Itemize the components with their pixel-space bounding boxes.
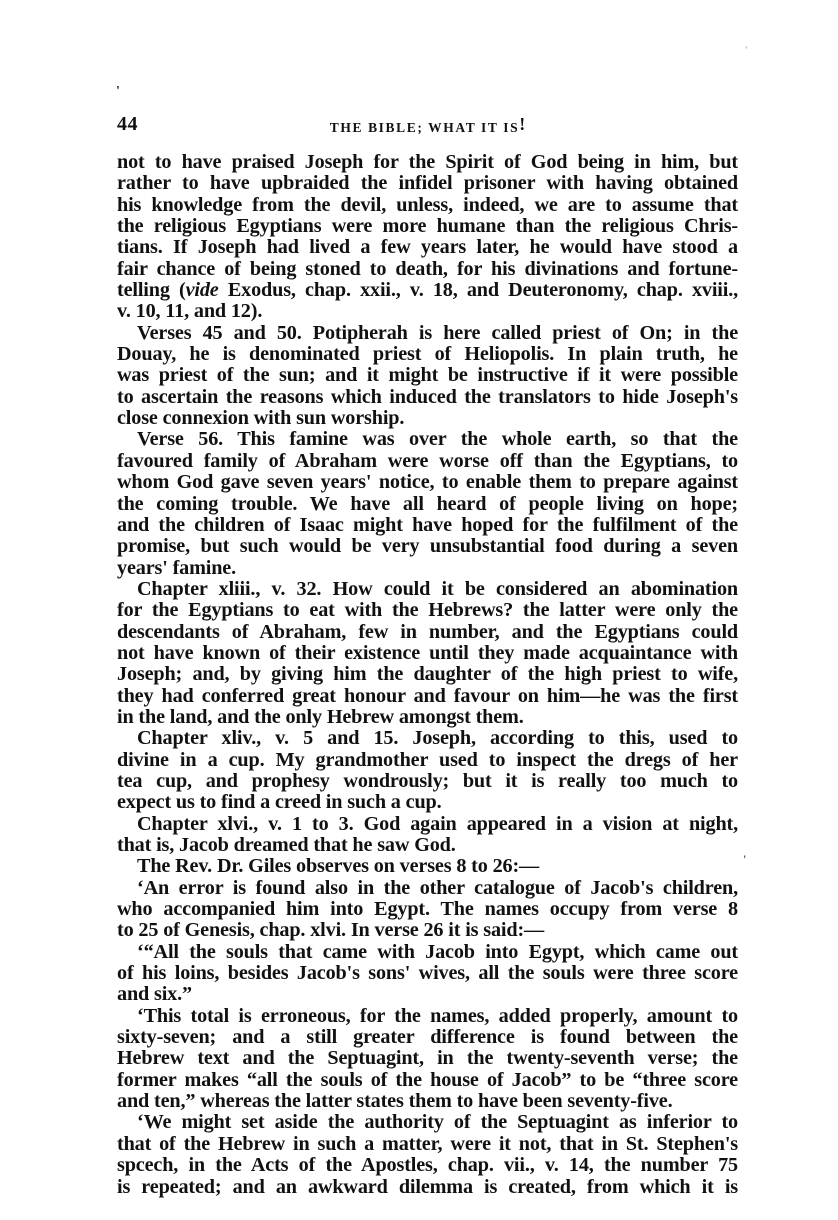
scan-mark-margin: ' (743, 852, 746, 867)
scan-mark-top-right: ' (745, 45, 748, 55)
text-line: descendants of Abraham, few in number, a… (117, 622, 738, 643)
text-segment: Exodus, chap. xxii., v. 18, and Deuteron… (219, 279, 738, 301)
text-line: to ascertain the reasons which induced t… (117, 387, 738, 408)
paragraph-start: Chapter xliv., v. 5 and 15. Joseph, acco… (117, 728, 738, 749)
text-line: that of the Hebrew in such a matter, wer… (117, 1134, 738, 1155)
text-line: is repeated; and an awkward dilemma is c… (117, 1177, 738, 1198)
text-line: v. 10, 11, and 12). (117, 301, 738, 322)
text-line: and six.” (117, 984, 738, 1005)
text-line: not to have praised Joseph for the Spiri… (117, 152, 738, 173)
text-line: expect us to find a creed in such a cup. (117, 792, 738, 813)
paragraph-start: Chapter xliii., v. 32. How could it be c… (117, 579, 738, 600)
text-line: was priest of the sun; and it might be i… (117, 365, 738, 386)
text-line: of his loins, besides Jacob's sons' wive… (117, 963, 738, 984)
quote-paragraph-start: ‘An error is found also in the other cat… (117, 878, 738, 899)
text-line: in the land, and the only Hebrew amongst… (117, 707, 738, 728)
running-title-exclamation: ! (519, 114, 525, 134)
text-line: tians. If Joseph had lived a few years l… (117, 237, 738, 258)
paragraph-start: Chapter xlvi., v. 1 to 3. God again appe… (117, 814, 738, 835)
text-line: the coming trouble. We have all heard of… (117, 494, 738, 515)
text-line: and ten,” whereas the latter states them… (117, 1091, 738, 1112)
running-title-text: THE BIBLE; WHAT IT IS (330, 120, 519, 135)
text-line: Hebrew text and the Septuagint, in the t… (117, 1048, 738, 1069)
text-line: sixty-seven; and a still greater differe… (117, 1027, 738, 1048)
text-line: close connexion with sun worship. (117, 408, 738, 429)
text-line: the religious Egyptians were more humane… (117, 216, 738, 237)
text-line: favoured family of Abraham were worse of… (117, 451, 738, 472)
page-header: 44 THE BIBLE; WHAT IT IS! (117, 113, 738, 137)
quote-paragraph-start: ‘We might set aside the authority of the… (117, 1112, 738, 1133)
text-line: divine in a cup. My grandmother used to … (117, 750, 738, 771)
text-line: not have known of their existence until … (117, 643, 738, 664)
text-line: who accompanied him into Egypt. The name… (117, 899, 738, 920)
text-line: spcech, in the Acts of the Apostles, cha… (117, 1155, 738, 1176)
text-line: Joseph; and, by giving him the daughter … (117, 664, 738, 685)
text-line: promise, but such would be very unsubsta… (117, 536, 738, 557)
text-line: that is, Jacob dreamed that he saw God. (117, 835, 738, 856)
quote-paragraph-start: ‘This total is erroneous, for the names,… (117, 1006, 738, 1027)
text-line: to 25 of Genesis, chap. xlvi. In verse 2… (117, 920, 738, 941)
running-title: THE BIBLE; WHAT IT IS! (117, 116, 738, 137)
text-line: former makes “all the souls of the house… (117, 1070, 738, 1091)
paragraph-start: The Rev. Dr. Giles observes on verses 8 … (117, 856, 738, 877)
text-line: Douay, he is denominated priest of Helio… (117, 344, 738, 365)
paragraph-start: Verses 45 and 50. Potipherah is here cal… (117, 323, 738, 344)
text-line: whom God gave seven years' notice, to en… (117, 472, 738, 493)
text-line: rather to have upbraided the infidel pri… (117, 173, 738, 194)
scan-mark-top-left: ' (116, 84, 120, 100)
quote-paragraph-start: ‘“All the souls that came with Jacob int… (117, 942, 738, 963)
body-text: not to have praised Joseph for the Spiri… (117, 152, 738, 1198)
text-line: and the children of Isaac might have hop… (117, 515, 738, 536)
text-line: they had conferred great honour and favo… (117, 686, 738, 707)
paragraph-start: Verse 56. This famine was over the whole… (117, 429, 738, 450)
text-line: for the Egyptians to eat with the Hebrew… (117, 600, 738, 621)
text-segment: telling ( (117, 279, 186, 301)
text-line: years' famine. (117, 558, 738, 579)
text-line: fair chance of being stoned to death, fo… (117, 259, 738, 280)
italic-word: vide (186, 279, 219, 301)
text-line-with-italic: telling (vide Exodus, chap. xxii., v. 18… (117, 280, 738, 301)
text-line: his knowledge from the devil, unless, in… (117, 195, 738, 216)
text-line: tea cup, and prophesy wondrously; but it… (117, 771, 738, 792)
